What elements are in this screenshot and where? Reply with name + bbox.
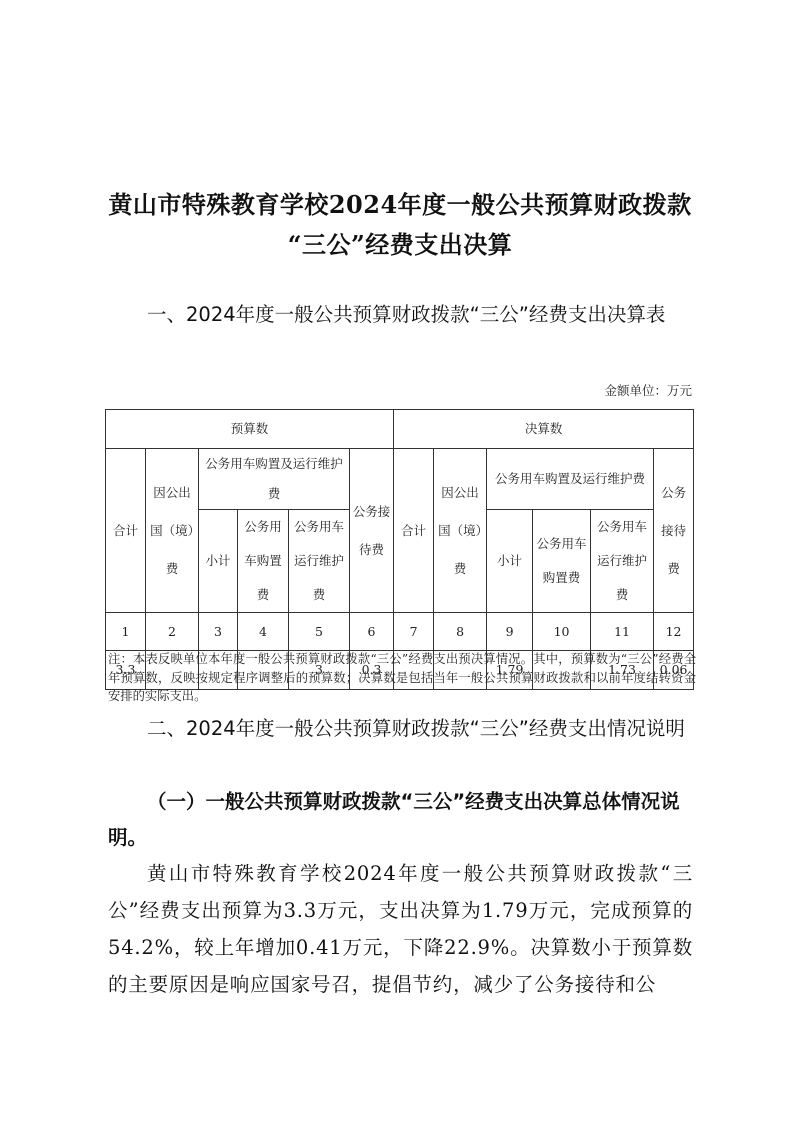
header-vehicle-purchase: 公务用车购置费 xyxy=(238,510,289,613)
header-vehicle-group: 公务用车购置及运行维护费 xyxy=(199,449,350,510)
group-header-final: 决算数 xyxy=(394,410,694,449)
header-subtotal: 小计 xyxy=(487,510,533,613)
col-number: 10 xyxy=(533,613,591,651)
col-number: 7 xyxy=(394,613,434,651)
col-number: 12 xyxy=(654,613,694,651)
header-vehicle-purchase: 公务用车购置费 xyxy=(533,510,591,613)
col-number: 11 xyxy=(591,613,654,651)
header-vehicle-group: 公务用车购置及运行维护费 xyxy=(487,449,654,510)
header-abroad: 因公出国（境）费 xyxy=(434,449,487,613)
document-title-line1: 黄山市特殊教育学校2024年度一般公共预算财政拨款 xyxy=(100,185,700,225)
header-reception: 公务接待费 xyxy=(350,449,394,613)
col-number: 9 xyxy=(487,613,533,651)
header-total: 合计 xyxy=(394,449,434,613)
document-title-line2: “三公”经费支出决算 xyxy=(100,225,700,265)
table-note: 注：本表反映单位本年度一般公共预算财政拨款“三公”经费支出预决算情况。其中，预算… xyxy=(108,650,696,706)
document-page: 黄山市特殊教育学校2024年度一般公共预算财政拨款 “三公”经费支出决算 一、2… xyxy=(0,0,793,1122)
unit-label: 金额单位：万元 xyxy=(604,381,692,399)
col-number: 5 xyxy=(289,613,350,651)
header-vehicle-operation: 公务用车运行维护费 xyxy=(591,510,654,613)
header-total: 合计 xyxy=(106,449,146,613)
header-subtotal: 小计 xyxy=(199,510,238,613)
group-header-budget: 预算数 xyxy=(106,410,394,449)
header-abroad: 因公出国（境）费 xyxy=(146,449,199,613)
section2-heading: 二、2024年度一般公共预算财政拨款“三公”经费支出情况说明 xyxy=(108,711,693,747)
col-number: 8 xyxy=(434,613,487,651)
header-reception: 公务接待费 xyxy=(654,449,694,613)
col-number: 3 xyxy=(199,613,238,651)
col-number: 4 xyxy=(238,613,289,651)
section1-heading: 一、2024年度一般公共预算财政拨款“三公”经费支出决算表 xyxy=(108,297,693,333)
col-number: 6 xyxy=(350,613,394,651)
paragraph-overall-description: 黄山市特殊教育学校2024年度一般公共预算财政拨款“三公”经费支出预算为3.3万… xyxy=(108,855,693,1003)
subsection1-heading: （一）一般公共预算财政拨款“三公”经费支出决算总体情况说明。 xyxy=(108,784,693,856)
table-row-column-numbers: 1 2 3 4 5 6 7 8 9 10 11 12 xyxy=(106,613,694,651)
col-number: 1 xyxy=(106,613,146,651)
col-number: 2 xyxy=(146,613,199,651)
header-vehicle-operation: 公务用车运行维护费 xyxy=(289,510,350,613)
three-public-expenses-table: 预算数 决算数 合计 因公出国（境）费 公务用车购置及运行维护费 公务接待费 合… xyxy=(105,409,694,690)
